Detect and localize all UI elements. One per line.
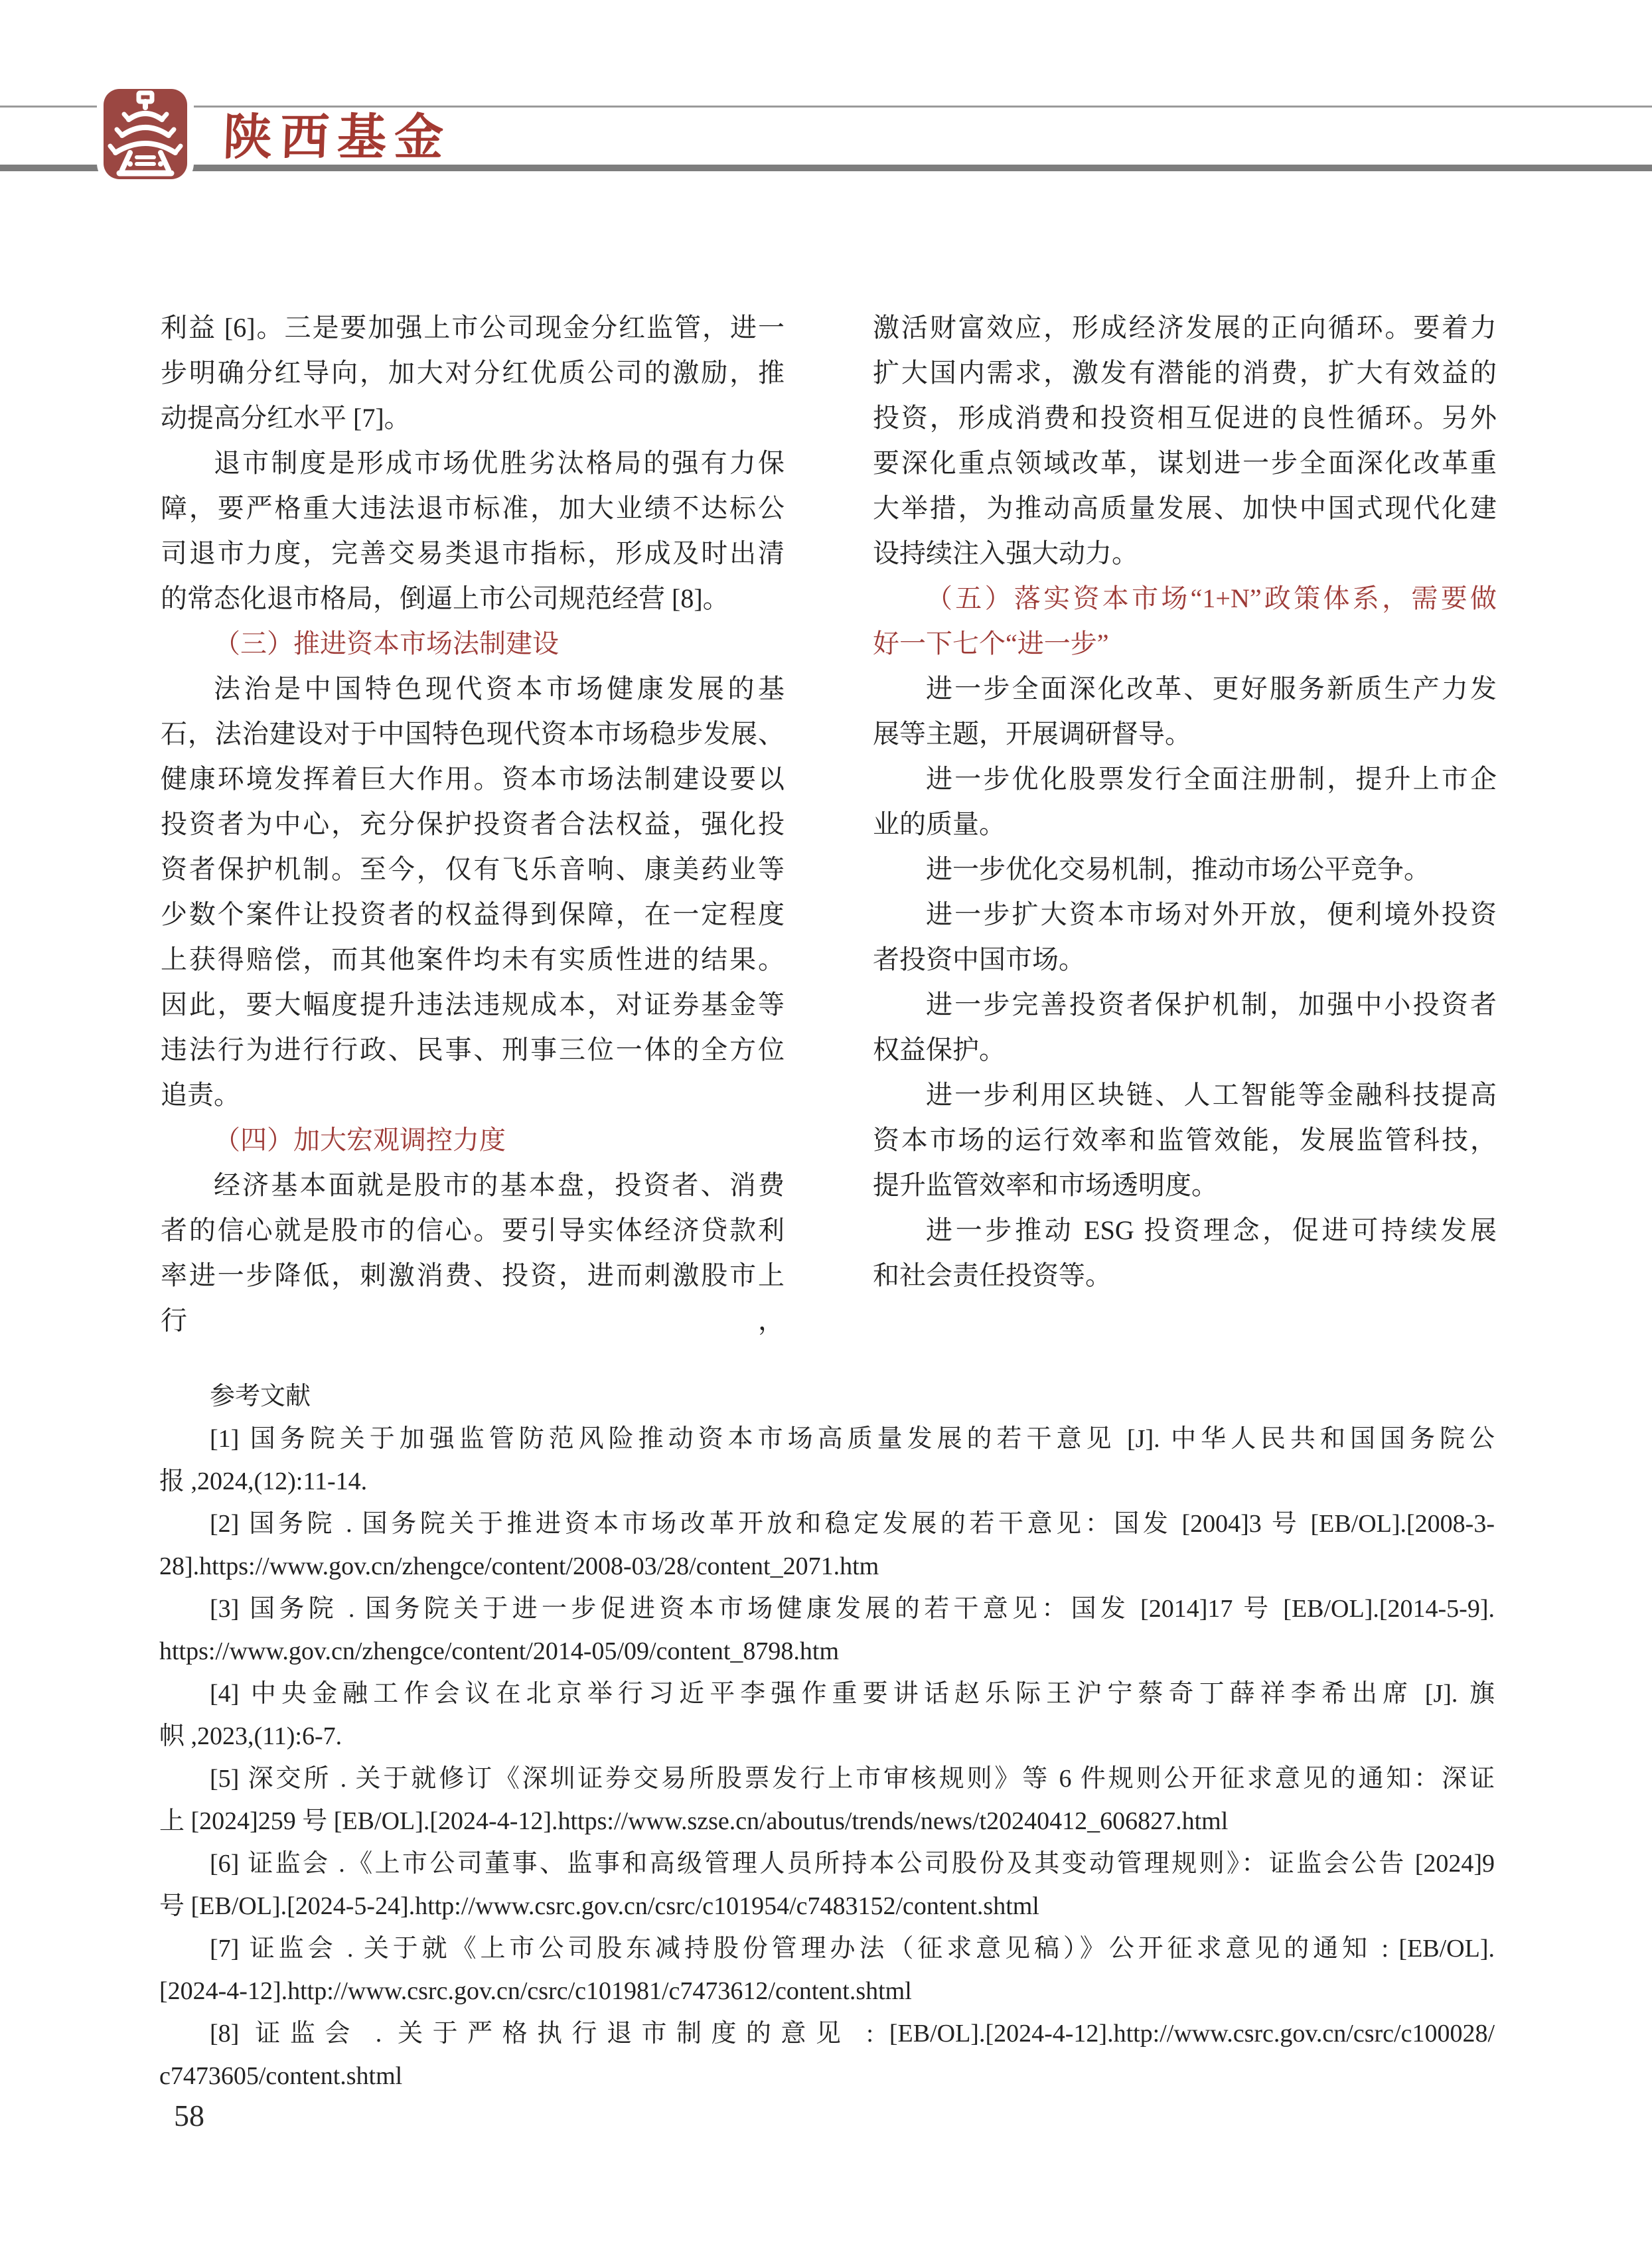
- text-line: 进一步优化股票发行全面注册制，提升上市企: [873, 757, 1497, 802]
- reference-line: 28].https://www.gov.cn/zhengce/content/2…: [159, 1545, 1495, 1588]
- reference-line: [2024-4-12].http://www.csrc.gov.cn/csrc/…: [159, 1970, 1495, 2012]
- reference-line: https://www.gov.cn/zhengce/content/2014-…: [159, 1630, 1495, 1673]
- text-line: 司退市力度，完善交易类退市指标，形成及时出清: [161, 531, 785, 576]
- text-line: 者的信心就是股市的信心。要引导实体经济贷款利: [161, 1208, 785, 1253]
- reference-line: [4] 中央金融工作会议在北京举行习近平李强作重要讲话赵乐际王沪宁蔡奇丁薛祥李希…: [159, 1673, 1495, 1715]
- text-line: 追责。: [161, 1073, 785, 1118]
- text-line: 进一步完善投资者保护机制，加强中小投资者: [873, 982, 1497, 1027]
- references-title: 参考文献: [159, 1375, 1495, 1418]
- text-line: 展等主题，开展调研督导。: [873, 711, 1497, 757]
- text-line: 进一步推动 ESG 投资理念，促进可持续发展: [873, 1208, 1497, 1253]
- text-line: 违法行为进行行政、民事、刑事三位一体的全方位: [161, 1027, 785, 1073]
- text-line: 激活财富效应，形成经济发展的正向循环。要着力: [873, 305, 1497, 350]
- reference-line: [1] 国务院关于加强监管防范风险推动资本市场高质量发展的若干意见 [J]. 中…: [159, 1418, 1495, 1460]
- reference-line: [2] 国务院 . 国务院关于推进资本市场改革开放和稳定发展的若干意见：国发 […: [159, 1503, 1495, 1545]
- text-line: 资者保护机制。至今，仅有飞乐音响、康美药业等: [161, 847, 785, 892]
- reference-line: [6] 证监会 .《上市公司董事、监事和高级管理人员所持本公司股份及其变动管理规…: [159, 1842, 1495, 1885]
- reference-line: 上 [2024]259 号 [EB/OL].[2024-4-12].https:…: [159, 1800, 1495, 1842]
- text-line: 和社会责任投资等。: [873, 1253, 1497, 1298]
- text-line: 步明确分红导向，加大对分红优质公司的激励，推: [161, 350, 785, 396]
- references-list: [1] 国务院关于加强监管防范风险推动资本市场高质量发展的若干意见 [J]. 中…: [159, 1418, 1495, 2097]
- text-line: （四）加大宏观调控力度: [161, 1118, 785, 1163]
- text-line: 因此，要大幅度提升违法违规成本，对证券基金等: [161, 982, 785, 1027]
- text-line: 少数个案件让投资者的权益得到保障，在一定程度: [161, 892, 785, 937]
- text-line: 进一步扩大资本市场对外开放，便利境外投资: [873, 892, 1497, 937]
- text-line: （三）推进资本市场法制建设: [161, 621, 785, 666]
- text-line: 石，法治建设对于中国特色现代资本市场稳步发展、: [161, 711, 785, 757]
- references-section: 参考文献 [1] 国务院关于加强监管防范风险推动资本市场高质量发展的若干意见 […: [159, 1375, 1495, 2097]
- reference-line: 报 ,2024,(12):11-14.: [159, 1460, 1495, 1503]
- text-line: 大举措，为推动高质量发展、加快中国式现代化建: [873, 486, 1497, 531]
- text-line: 投资，形成消费和投资相互促进的良性循环。另外: [873, 396, 1497, 441]
- reference-line: [8] 证监会 . 关于严格执行退市制度的意见 : [EB/OL].[2024-…: [159, 2012, 1495, 2055]
- text-line: 动提高分红水平 [7]。: [161, 396, 785, 441]
- text-line: 投资者为中心，充分保护投资者合法权益，强化投: [161, 802, 785, 847]
- pagoda-seal-icon: [104, 89, 187, 179]
- text-line: 利益 [6]。三是要加强上市公司现金分红监管，进一: [161, 305, 785, 350]
- text-line: 经济基本面就是股市的基本盘，投资者、消费: [161, 1163, 785, 1208]
- reference-line: [3] 国务院 . 国务院关于进一步促进资本市场健康发展的若干意见：国发 [20…: [159, 1588, 1495, 1630]
- text-line: 资本市场的运行效率和监管效能，发展监管科技，: [873, 1118, 1497, 1163]
- text-line: 进一步全面深化改革、更好服务新质生产力发: [873, 666, 1497, 711]
- text-line: 率进一步降低，刺激消费、投资，进而刺激股市上行，: [161, 1253, 785, 1343]
- reference-line: 号 [EB/OL].[2024-5-24].http://www.csrc.go…: [159, 1885, 1495, 1927]
- text-line: 好一下七个“进一步”: [873, 621, 1497, 666]
- text-line: 设持续注入强大动力。: [873, 531, 1497, 576]
- brand-title: 陕西基金: [222, 110, 453, 166]
- text-line: 权益保护。: [873, 1027, 1497, 1073]
- reference-line: [5] 深交所 . 关于就修订《深圳证券交易所股票发行上市审核规则》等 6 件规…: [159, 1757, 1495, 1800]
- page-number: 58: [174, 2099, 204, 2133]
- text-line: 退市制度是形成市场优胜劣汰格局的强有力保: [161, 441, 785, 486]
- reference-line: [7] 证监会 . 关于就《上市公司股东减持股份管理办法（征求意见稿）》公开征求…: [159, 1927, 1495, 1970]
- text-line: 障，要严格重大违法退市标准，加大业绩不达标公: [161, 486, 785, 531]
- magazine-page: 陕西基金 利益 [6]。三是要加强上市公司现金分红监管，进一步明确分红导向，加大…: [0, 0, 1652, 2242]
- article-right-column: 激活财富效应，形成经济发展的正向循环。要着力扩大国内需求，激发有潜能的消费，扩大…: [873, 305, 1497, 1298]
- text-line: 进一步优化交易机制，推动市场公平竞争。: [873, 847, 1497, 892]
- text-line: 要深化重点领域改革，谋划进一步全面深化改革重: [873, 441, 1497, 486]
- text-line: 扩大国内需求，激发有潜能的消费，扩大有效益的: [873, 350, 1497, 396]
- header-rule-thin: [0, 106, 1652, 108]
- reference-line: c7473605/content.shtml: [159, 2055, 1495, 2097]
- text-line: 业的质量。: [873, 802, 1497, 847]
- text-line: 健康环境发挥着巨大作用。资本市场法制建设要以: [161, 757, 785, 802]
- text-line: 法治是中国特色现代资本市场健康发展的基: [161, 666, 785, 711]
- text-line: 的常态化退市格局，倒逼上市公司规范经营 [8]。: [161, 576, 785, 621]
- article-left-column: 利益 [6]。三是要加强上市公司现金分红监管，进一步明确分红导向，加大对分红优质…: [161, 305, 785, 1343]
- text-line: 者投资中国市场。: [873, 937, 1497, 982]
- text-line: 进一步利用区块链、人工智能等金融科技提高: [873, 1073, 1497, 1118]
- text-line: （五）落实资本市场“1+N”政策体系，需要做: [873, 576, 1497, 621]
- reference-line: 帜 ,2023,(11):6-7.: [159, 1715, 1495, 1757]
- text-line: 提升监管效率和市场透明度。: [873, 1163, 1497, 1208]
- text-line: 上获得赔偿，而其他案件均未有实质性进的结果。: [161, 937, 785, 982]
